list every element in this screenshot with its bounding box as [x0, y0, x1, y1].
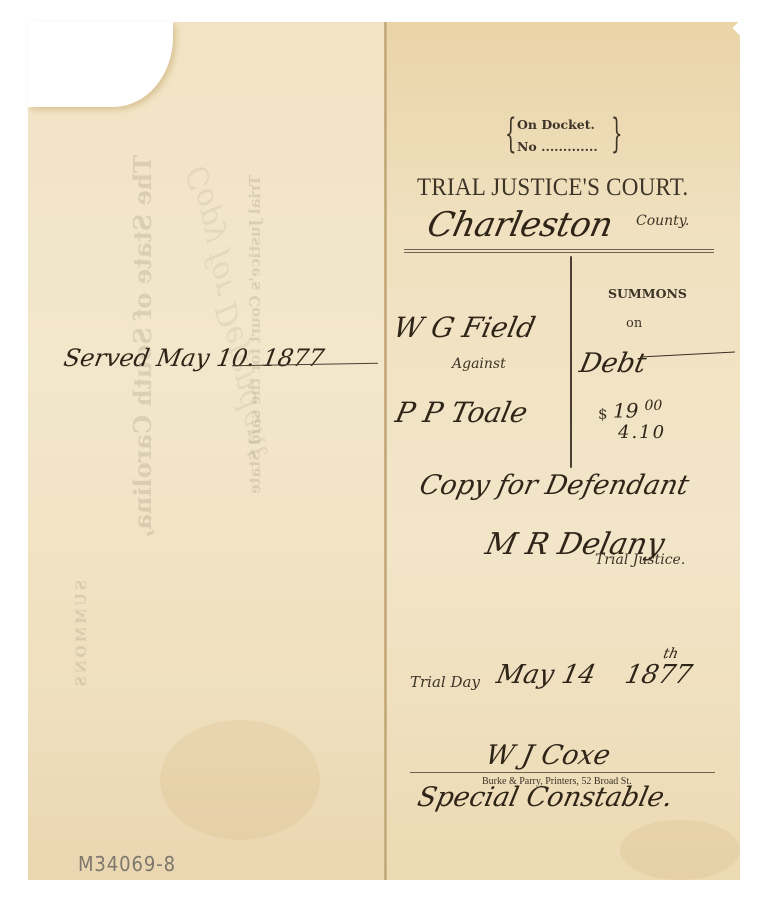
left-brace: {: [505, 114, 516, 154]
stain: [160, 720, 320, 840]
trial-day-month-day: May 14: [494, 660, 599, 690]
trial-day-date: May 14 th 1877: [494, 660, 695, 690]
catalog-number: M34069-8: [78, 852, 176, 876]
amount-principal: 1900: [613, 398, 662, 423]
signature-rule: [410, 772, 715, 773]
defendant-name: P P Toale: [392, 396, 530, 429]
service-note: Served May 10. 1877: [62, 344, 327, 372]
constable-title: Special Constable.: [415, 782, 676, 813]
trial-day-label: Trial Day: [410, 673, 480, 691]
county-rule-bottom: [404, 252, 714, 253]
document-scan: The State of South Carolina, Trial Justi…: [0, 0, 768, 901]
court-title: TRIAL JUSTICE'S COURT.: [417, 174, 688, 202]
county-label: County.: [636, 213, 689, 229]
center-fold: [384, 22, 387, 880]
plaintiff-name: W G Field: [390, 311, 538, 344]
amount-costs: 4.10: [618, 422, 666, 443]
against-label: Against: [452, 356, 506, 372]
summons-matter: Debt: [577, 348, 649, 379]
column-divider: [570, 256, 572, 468]
dollar-sign: $: [598, 405, 608, 423]
copy-note: Copy for Defendant: [417, 470, 692, 501]
docket-number: No .............: [517, 136, 620, 158]
amount-principal-value: 19: [613, 399, 638, 423]
docket-label: On Docket.: [517, 114, 620, 136]
stain: [620, 820, 740, 880]
bleed-through-summons: SUMMONS: [74, 580, 90, 689]
right-brace: }: [611, 114, 622, 154]
on-label: on: [626, 316, 642, 331]
amount-principal-cents: 00: [644, 398, 662, 414]
trial-justice-label: Trial Justice.: [595, 552, 685, 568]
docket-box: { } On Docket. No .............: [505, 114, 620, 158]
constable-signature: W J Coxe: [483, 740, 613, 771]
trial-day-year: 1877: [622, 660, 695, 690]
county-name: Charleston: [424, 205, 616, 245]
county-rule-top: [404, 249, 714, 250]
summons-label: SUMMONS: [608, 286, 687, 301]
